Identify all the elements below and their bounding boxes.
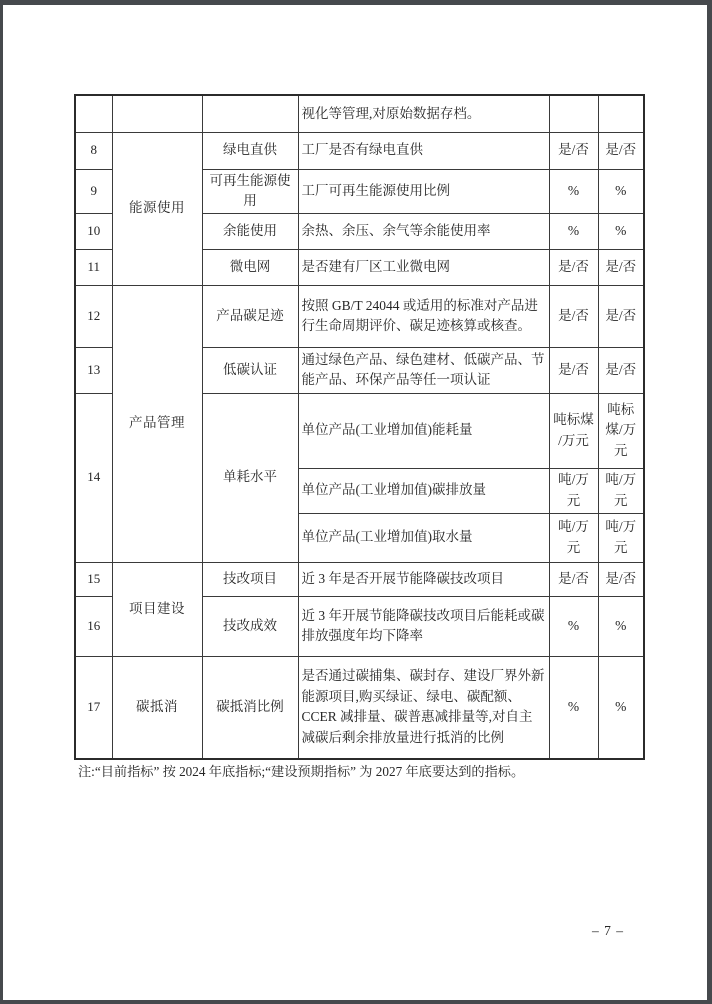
- description-cell: 余热、余压、余气等余能使用率: [298, 213, 549, 249]
- description-cell: 单位产品(工业增加值)取水量: [298, 513, 549, 562]
- expected-indicator-cell: 吨标 煤/万 元: [598, 393, 644, 468]
- document-page-background: { "page": { "note": "注:“目前指标” 按 2024 年底指…: [0, 0, 712, 1004]
- subcategory-cell: 绿电直供: [202, 132, 298, 169]
- current-indicator-cell: %: [549, 596, 598, 656]
- current-indicator-cell: %: [549, 213, 598, 249]
- description-cell: 工厂是否有绿电直供: [298, 132, 549, 169]
- table-row-continuation: 视化等管理,对原始数据存档。: [75, 95, 644, 132]
- subcategory-cell: 技改项目: [202, 562, 298, 596]
- expected-indicator-cell: %: [598, 169, 644, 213]
- description-cell: 单位产品(工业增加值)碳排放量: [298, 468, 549, 513]
- current-indicator-cell: 是/否: [549, 249, 598, 285]
- row-number-cell: 12: [75, 285, 112, 347]
- subcategory-cell: 单耗水平: [202, 393, 298, 562]
- description-cell: 是否通过碳捕集、碳封存、建设厂界外新能源项目,购买绿证、绿电、碳配额、CCER …: [298, 656, 549, 759]
- description-cell: 是否建有厂区工业微电网: [298, 249, 549, 285]
- page-number: – 7 –: [568, 923, 648, 939]
- description-cell: 按照 GB/T 24044 或适用的标准对产品进行生命周期评价、碳足迹核算或核查…: [298, 285, 549, 347]
- row-number-cell: 9: [75, 169, 112, 213]
- table-row-8: 8 能源使用 绿电直供 工厂是否有绿电直供 是/否 是/否: [75, 132, 644, 169]
- expected-indicator-cell: %: [598, 656, 644, 759]
- expected-indicator-cell: %: [598, 596, 644, 656]
- table-row-17: 17 碳抵消 碳抵消比例 是否通过碳捕集、碳封存、建设厂界外新能源项目,购买绿证…: [75, 656, 644, 759]
- subcategory-cell: 低碳认证: [202, 347, 298, 393]
- subcategory-cell: 技改成效: [202, 596, 298, 656]
- expected-indicator-cell: 是/否: [598, 132, 644, 169]
- table-row-15: 15 项目建设 技改项目 近 3 年是否开展节能降碳技改项目 是/否 是/否: [75, 562, 644, 596]
- expected-indicator-cell: [598, 95, 644, 132]
- description-cell: 通过绿色产品、绿色建材、低碳产品、节能产品、环保产品等任一项认证: [298, 347, 549, 393]
- description-cell: 近 3 年开展节能降碳技改项目后能耗或碳排放强度年均下降率: [298, 596, 549, 656]
- category-cell: [112, 95, 202, 132]
- current-indicator-cell: [549, 95, 598, 132]
- description-cell: 单位产品(工业增加值)能耗量: [298, 393, 549, 468]
- expected-indicator-cell: %: [598, 213, 644, 249]
- row-number-cell: 16: [75, 596, 112, 656]
- expected-indicator-cell: 是/否: [598, 249, 644, 285]
- description-cell: 视化等管理,对原始数据存档。: [298, 95, 549, 132]
- footnote: 注:“目前指标” 按 2024 年底指标;“建设预期指标” 为 2027 年底要…: [78, 762, 644, 781]
- subcategory-cell: 产品碳足迹: [202, 285, 298, 347]
- current-indicator-cell: 吨/万 元: [549, 513, 598, 562]
- category-cell-energy: 能源使用: [112, 132, 202, 285]
- row-number-cell: 8: [75, 132, 112, 169]
- expected-indicator-cell: 吨/万 元: [598, 513, 644, 562]
- row-number-cell: 11: [75, 249, 112, 285]
- row-number-cell: [75, 95, 112, 132]
- subcategory-cell: 微电网: [202, 249, 298, 285]
- row-number-cell: 17: [75, 656, 112, 759]
- current-indicator-cell: %: [549, 169, 598, 213]
- current-indicator-cell: 是/否: [549, 347, 598, 393]
- row-number-cell: 13: [75, 347, 112, 393]
- indicator-table: 视化等管理,对原始数据存档。 8 能源使用 绿电直供 工厂是否有绿电直供 是/否…: [74, 94, 645, 760]
- paper-page: 视化等管理,对原始数据存档。 8 能源使用 绿电直供 工厂是否有绿电直供 是/否…: [3, 5, 707, 1000]
- row-number-cell: 15: [75, 562, 112, 596]
- subcategory-cell: [202, 95, 298, 132]
- expected-indicator-cell: 是/否: [598, 562, 644, 596]
- category-cell-project: 项目建设: [112, 562, 202, 656]
- current-indicator-cell: 是/否: [549, 132, 598, 169]
- expected-indicator-cell: 是/否: [598, 347, 644, 393]
- expected-indicator-cell: 吨/万 元: [598, 468, 644, 513]
- table-row-12: 12 产品管理 产品碳足迹 按照 GB/T 24044 或适用的标准对产品进行生…: [75, 285, 644, 347]
- current-indicator-cell: 吨/万 元: [549, 468, 598, 513]
- description-cell: 工厂可再生能源使用比例: [298, 169, 549, 213]
- row-number-cell: 10: [75, 213, 112, 249]
- category-cell-product: 产品管理: [112, 285, 202, 562]
- current-indicator-cell: 是/否: [549, 562, 598, 596]
- subcategory-cell: 可再生能源使用: [202, 169, 298, 213]
- subcategory-cell: 余能使用: [202, 213, 298, 249]
- description-cell: 近 3 年是否开展节能降碳技改项目: [298, 562, 549, 596]
- row-number-cell: 14: [75, 393, 112, 562]
- current-indicator-cell: 吨标煤 /万元: [549, 393, 598, 468]
- expected-indicator-cell: 是/否: [598, 285, 644, 347]
- current-indicator-cell: %: [549, 656, 598, 759]
- subcategory-cell: 碳抵消比例: [202, 656, 298, 759]
- current-indicator-cell: 是/否: [549, 285, 598, 347]
- category-cell-offset: 碳抵消: [112, 656, 202, 759]
